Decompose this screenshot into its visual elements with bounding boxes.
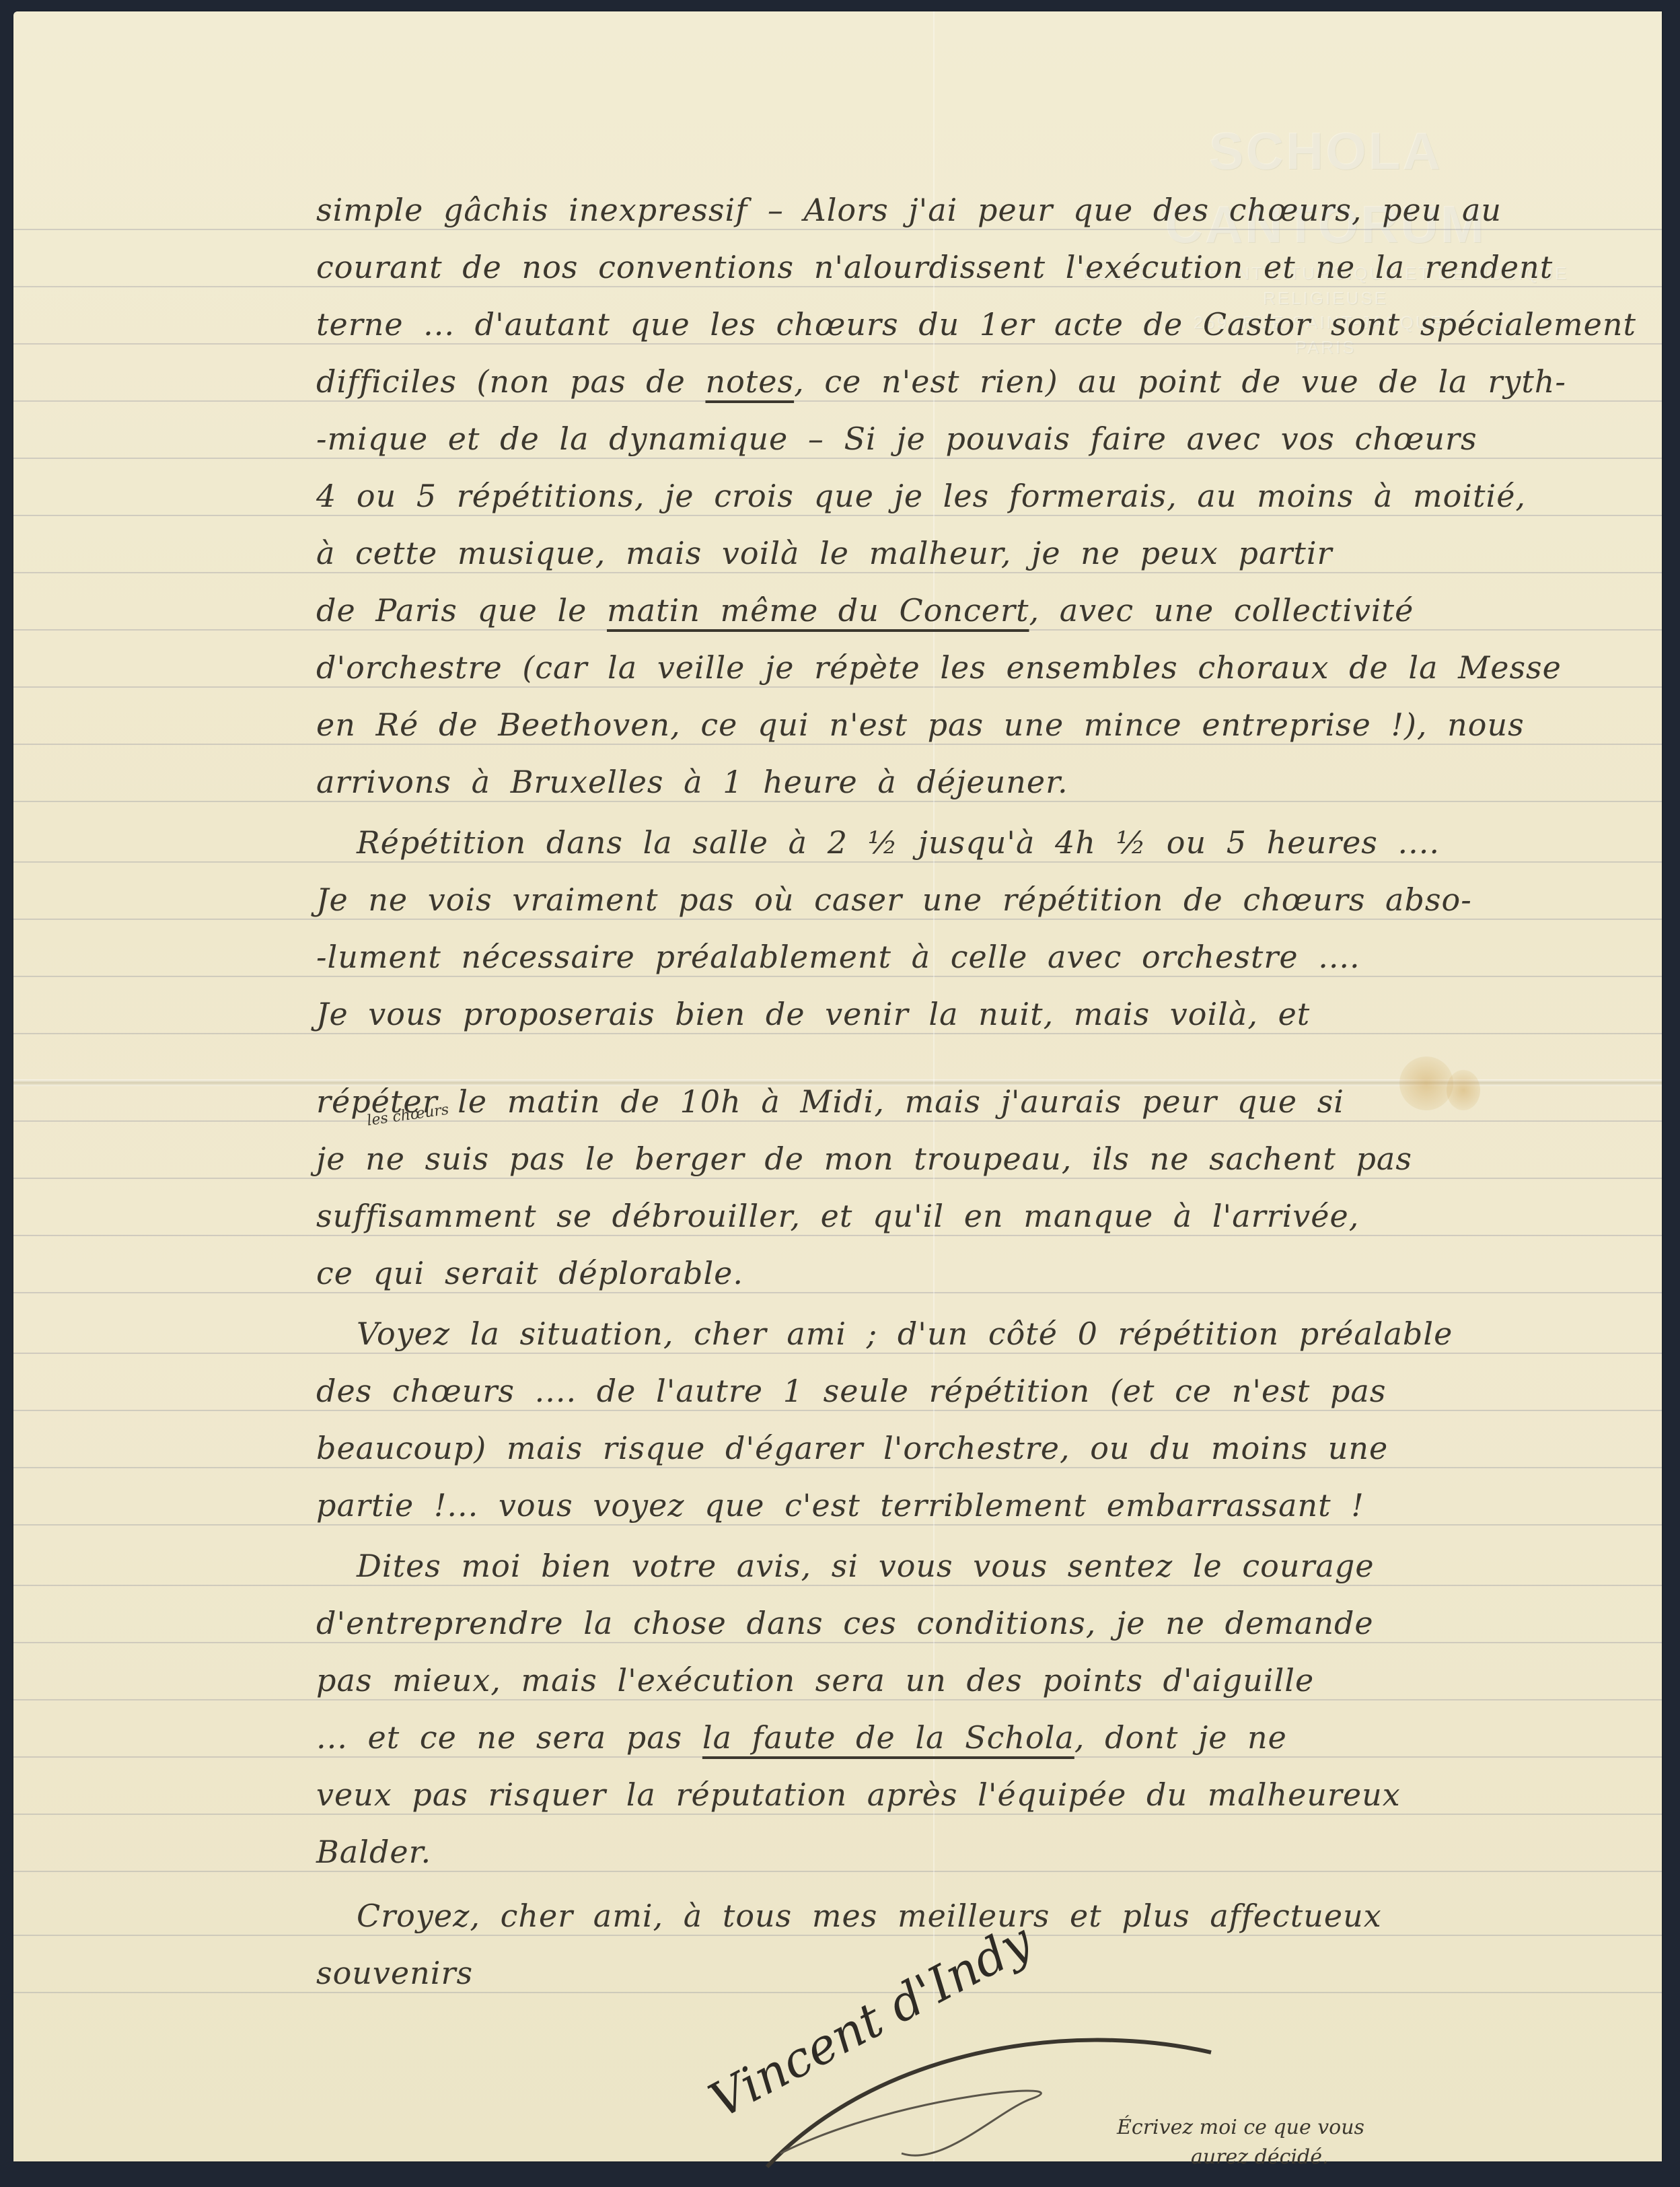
rule-line xyxy=(13,1178,1662,1179)
rule-line xyxy=(13,1642,1662,1643)
text-line: courant de nos conventions n'alourdissen… xyxy=(316,249,1628,285)
text-fragment: difficiles (non pas de xyxy=(316,363,705,400)
text-line: Je vous proposerais bien de venir la nui… xyxy=(316,996,1628,1032)
text-line: partie !... vous voyez que c'est terribl… xyxy=(316,1487,1628,1523)
text-line: ... et ce ne sera pas la faute de la Sch… xyxy=(316,1719,1628,1756)
rule-line xyxy=(13,343,1662,345)
text-line: d'entreprendre la chose dans ces conditi… xyxy=(316,1605,1628,1641)
text-line: beaucoup) mais risque d'égarer l'orchest… xyxy=(316,1430,1628,1466)
rule-line xyxy=(13,1353,1662,1354)
rule-line xyxy=(13,229,1662,230)
text-line: -mique et de la dynamique – Si je pouvai… xyxy=(316,421,1628,457)
text-fragment: ... et ce ne sera pas xyxy=(316,1719,702,1756)
text-line: Dites moi bien votre avis, si vous vous … xyxy=(357,1548,1669,1584)
text-line: d'orchestre (car la veille je répète les… xyxy=(316,649,1628,686)
rule-line xyxy=(13,976,1662,977)
text-line: -lument nécessaire préalablement à celle… xyxy=(316,939,1628,975)
text-fragment: , avec une collectivité xyxy=(1029,592,1414,629)
underlined-text: la faute de la Schola xyxy=(702,1719,1074,1756)
rule-line xyxy=(13,1524,1662,1526)
text-line: 4 ou 5 répétitions, je crois que je les … xyxy=(316,478,1628,514)
text-line: ce qui serait déplorable. xyxy=(316,1255,1628,1291)
rule-line xyxy=(13,1935,1662,1936)
rule-line xyxy=(13,801,1662,802)
rule-line xyxy=(13,458,1662,459)
postscript: Écrivez moi ce que vous aurez décidé. xyxy=(1117,2113,1364,2172)
rule-line xyxy=(13,572,1662,573)
underlined-text: matin même du Concert xyxy=(607,592,1029,629)
rule-line xyxy=(13,400,1662,402)
rule-line xyxy=(13,1699,1662,1700)
rule-line xyxy=(13,1033,1662,1034)
rule-line xyxy=(13,629,1662,631)
rule-line xyxy=(13,744,1662,745)
text-line: Voyez la situation, cher ami ; d'un côté… xyxy=(357,1316,1669,1352)
text-fragment: , dont je ne xyxy=(1074,1719,1287,1756)
text-line: à cette musique, mais voilà le malheur, … xyxy=(316,535,1628,571)
rule-line xyxy=(13,1756,1662,1758)
text-line: Répétition dans la salle à 2 ½ jusqu'à 4… xyxy=(357,824,1669,861)
rule-line xyxy=(13,1585,1662,1586)
text-line: pas mieux, mais l'exécution sera un des … xyxy=(316,1662,1628,1698)
text-line: en Ré de Beethoven, ce qui n'est pas une… xyxy=(316,707,1628,743)
rule-line xyxy=(13,919,1662,920)
rule-line xyxy=(13,286,1662,287)
text-line: arrivons à Bruxelles à 1 heure à déjeune… xyxy=(316,764,1628,800)
text-line: veux pas risquer la réputation après l'é… xyxy=(316,1777,1628,1813)
rule-line xyxy=(13,1120,1662,1122)
text-line: Balder. xyxy=(316,1834,1628,1870)
rule-line xyxy=(13,1814,1662,1815)
text-line: terne ... d'autant que les chœurs du 1er… xyxy=(316,306,1628,343)
text-line: suffisamment se débrouiller, et qu'il en… xyxy=(316,1198,1628,1234)
text-line: simple gâchis inexpressif – Alors j'ai p… xyxy=(316,192,1628,228)
text-fragment: de Paris que le xyxy=(316,592,607,629)
text-line: répéter le matin de 10h à Midi, mais j'a… xyxy=(316,1083,1628,1120)
rule-line xyxy=(13,1992,1662,1993)
letterhead-title: SCHOLA CANTORUM xyxy=(1050,114,1601,261)
text-line: Je ne vois vraiment pas où caser une rép… xyxy=(316,882,1628,918)
underlined-text: notes xyxy=(705,363,794,400)
text-line: des chœurs .... de l'autre 1 seule répét… xyxy=(316,1373,1628,1409)
rule-line xyxy=(13,686,1662,688)
text-line: difficiles (non pas de notes, ce n'est r… xyxy=(316,363,1628,400)
rule-line xyxy=(13,1410,1662,1411)
rule-line xyxy=(13,1235,1662,1236)
rule-line xyxy=(13,1292,1662,1293)
rule-line xyxy=(13,861,1662,863)
text-line: de Paris que le matin même du Concert, a… xyxy=(316,592,1628,629)
postscript-line: Écrivez moi ce que vous xyxy=(1117,2113,1364,2143)
rule-line xyxy=(13,1871,1662,1872)
text-fragment: , ce n'est rien) au point de vue de la r… xyxy=(794,363,1566,400)
rule-line xyxy=(13,515,1662,516)
rule-line xyxy=(13,1467,1662,1468)
text-line: je ne suis pas le berger de mon troupeau… xyxy=(316,1141,1628,1177)
postscript-line: aurez décidé. xyxy=(1117,2143,1364,2172)
